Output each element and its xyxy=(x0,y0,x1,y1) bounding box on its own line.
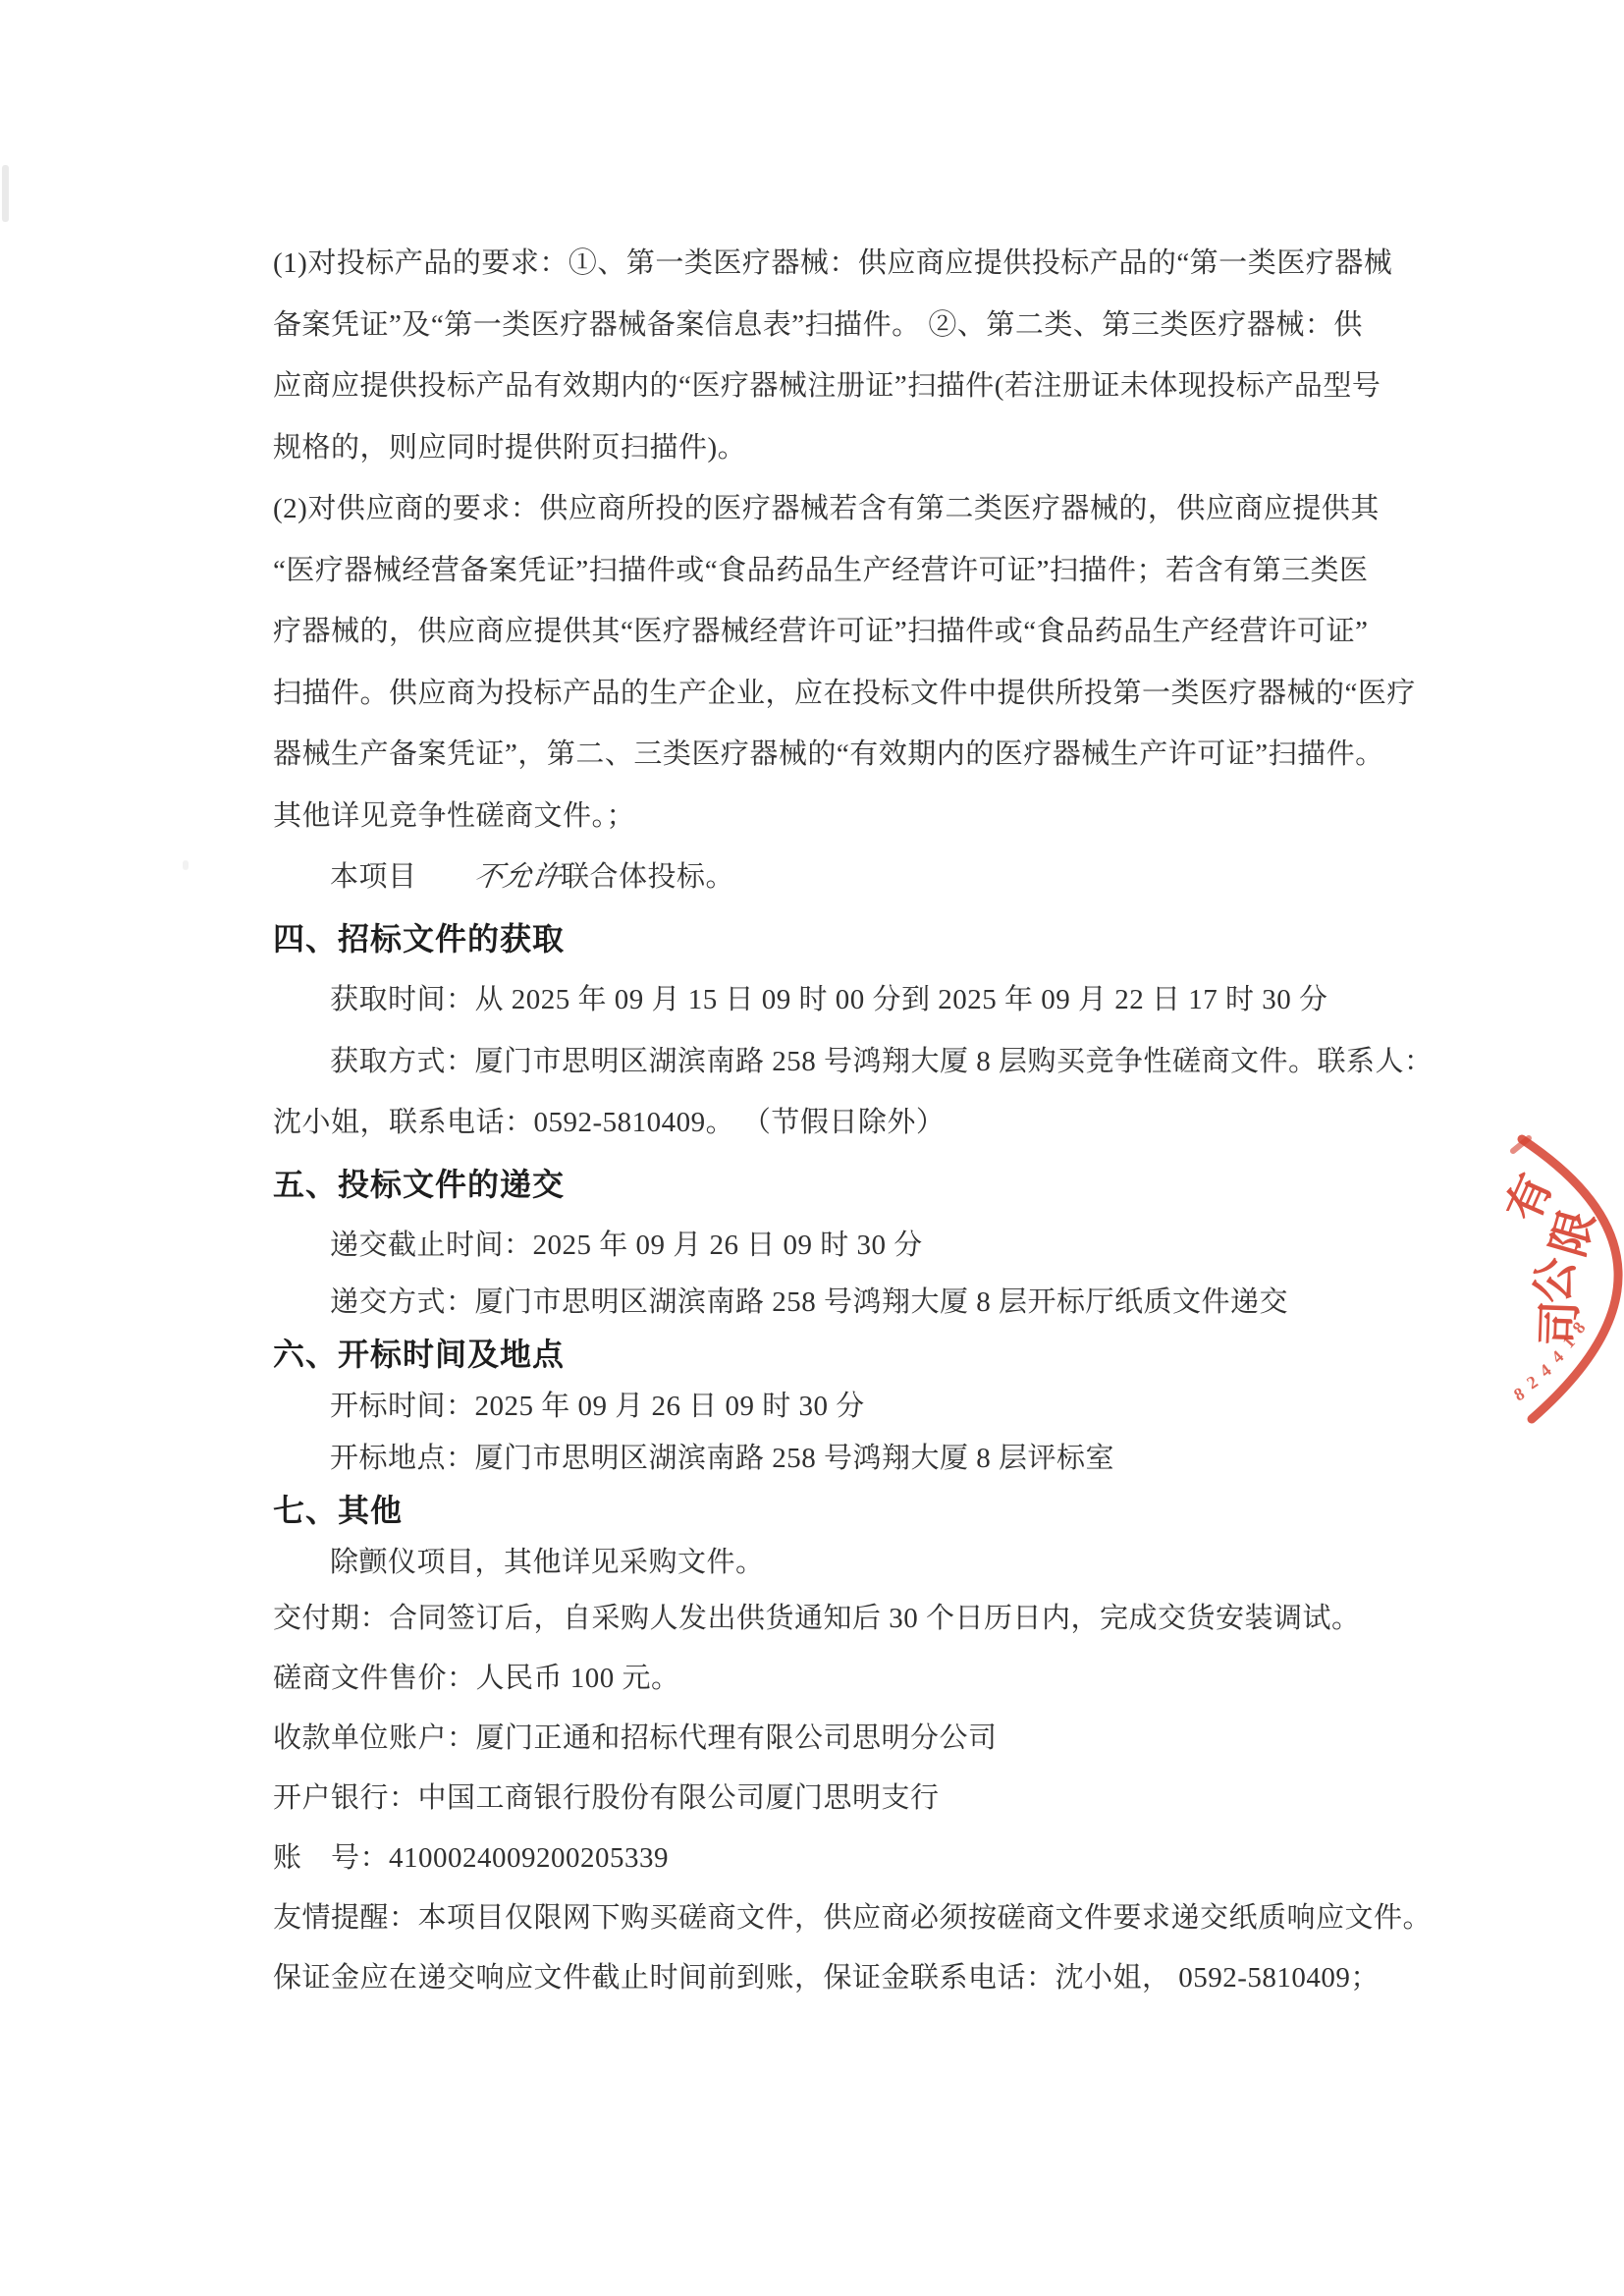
page: { "page": { "background": "#ffffff", "te… xyxy=(0,0,1624,2296)
document-line: 应商应提供投标产品有效期内的“医疗器械注册证”扫描件(若注册证未体现投标产品型号 xyxy=(273,355,1380,417)
seal-digit: 4 xyxy=(1536,1360,1554,1381)
document-line: 器械生产备案凭证”，第二、三类医疗器械的“有效期内的医疗器械生产许可证”扫描件。 xyxy=(273,724,1380,786)
document-line: 疗器械的，供应商应提供其“医疗器械经营许可证”扫描件或“食品药品生产经营许可证” xyxy=(273,601,1380,663)
seal-digit: 8 xyxy=(1568,1318,1589,1337)
section-heading: 五、投标文件的递交 xyxy=(273,1154,1380,1216)
document-line: 递交截止时间：2025 年 09 月 26 日 09 时 30 分 xyxy=(273,1215,1380,1277)
company-seal-stamp: 有 限 公 司 8 2 4 4 1 8 xyxy=(1369,1100,1624,1473)
scan-artifact xyxy=(183,860,189,870)
document-line: 递交方式：厦门市思明区湖滨南路 258 号鸿翔大厦 8 层开标厅纸质文件递交 xyxy=(273,1277,1380,1329)
document-line: 沈小姐，联系电话：0592-5810409。 （节假日除外） xyxy=(273,1092,1380,1154)
document-line: 保证金应在递交响应文件截止时间前到账，保证金联系电话：沈小姐， 0592-581… xyxy=(273,1948,1380,2008)
seal-char: 司 xyxy=(1534,1300,1586,1347)
document-line: 获取时间：从 2025 年 09 月 15 日 09 时 00 分到 2025 … xyxy=(273,969,1380,1031)
document-line: (1)对投标产品的要求：①、第一类医疗器械：供应商应提供投标产品的“第一类医疗器… xyxy=(273,233,1380,295)
section-heading: 四、招标文件的获取 xyxy=(273,908,1380,970)
document-line: 收款单位账户：厦门正通和招标代理有限公司思明分公司 xyxy=(273,1709,1380,1769)
document-line: 本项目不允许联合体投标。 xyxy=(273,847,1380,908)
document-line: “医疗器械经营备案凭证”扫描件或“食品药品生产经营许可证”扫描件；若含有第三类医 xyxy=(273,540,1380,602)
document-line: 规格的，则应同时提供附页扫描件)。 xyxy=(273,417,1380,479)
document-line: 其他详见竞争性磋商文件。； xyxy=(273,786,1380,847)
seal-digit: 2 xyxy=(1523,1372,1541,1394)
document-line: 开标时间：2025 年 09 月 26 日 09 时 30 分 xyxy=(273,1381,1380,1433)
document-line: 交付期：合同签订后，自采购人发出供货通知后 30 个日历日内，完成交货安装调试。 xyxy=(273,1589,1380,1649)
document-line: 开户银行：中国工商银行股份有限公司厦门思明支行 xyxy=(273,1769,1380,1829)
scan-artifact xyxy=(2,165,9,222)
seal-char: 限 xyxy=(1543,1205,1603,1262)
seal-digit: 4 xyxy=(1547,1346,1567,1367)
document-line: (2)对供应商的要求：供应商所投的医疗器械若含有第二类医疗器械的，供应商应提供其 xyxy=(273,478,1380,540)
emphasized-text: 不允许 xyxy=(412,847,566,908)
document-line: 磋商文件售价：人民币 100 元。 xyxy=(273,1649,1380,1709)
document-line: 除颤仪项目，其他详见采购文件。 xyxy=(273,1537,1380,1589)
seal-char: 有 xyxy=(1497,1167,1561,1229)
document-line: 开标地点：厦门市思明区湖滨南路 258 号鸿翔大厦 8 层评标室 xyxy=(273,1433,1380,1485)
document-line: 获取方式：厦门市思明区湖滨南路 258 号鸿翔大厦 8 层购买竞争性磋商文件。联… xyxy=(273,1031,1380,1093)
seal-arc xyxy=(1522,1139,1618,1419)
document-line: 友情提醒：本项目仅限网下购买磋商文件，供应商必须按磋商文件要求递交纸质响应文件。 xyxy=(273,1888,1380,1948)
section-heading: 七、其他 xyxy=(273,1485,1380,1537)
section-heading: 六、开标时间及地点 xyxy=(273,1329,1380,1381)
seal-arc-fleck xyxy=(1513,1138,1529,1151)
text-segment: 本项目 xyxy=(330,861,417,893)
text-segment: 联合体投标。 xyxy=(561,861,734,893)
document-line: 账 号：4100024009200205339 xyxy=(273,1829,1380,1888)
seal-digit: 1 xyxy=(1558,1333,1579,1352)
document-body: (1)对投标产品的要求：①、第一类医疗器械：供应商应提供投标产品的“第一类医疗器… xyxy=(273,233,1380,2008)
seal-digit: 8 xyxy=(1510,1384,1527,1405)
document-line: 扫描件。供应商为投标产品的生产企业，应在投标文件中提供所投第一类医疗器械的“医疗 xyxy=(273,663,1380,725)
document-line: 备案凭证”及“第一类医疗器械备案信息表”扫描件。 ②、第二类、第三类医疗器械：供 xyxy=(273,295,1380,356)
seal-char: 公 xyxy=(1527,1255,1583,1307)
